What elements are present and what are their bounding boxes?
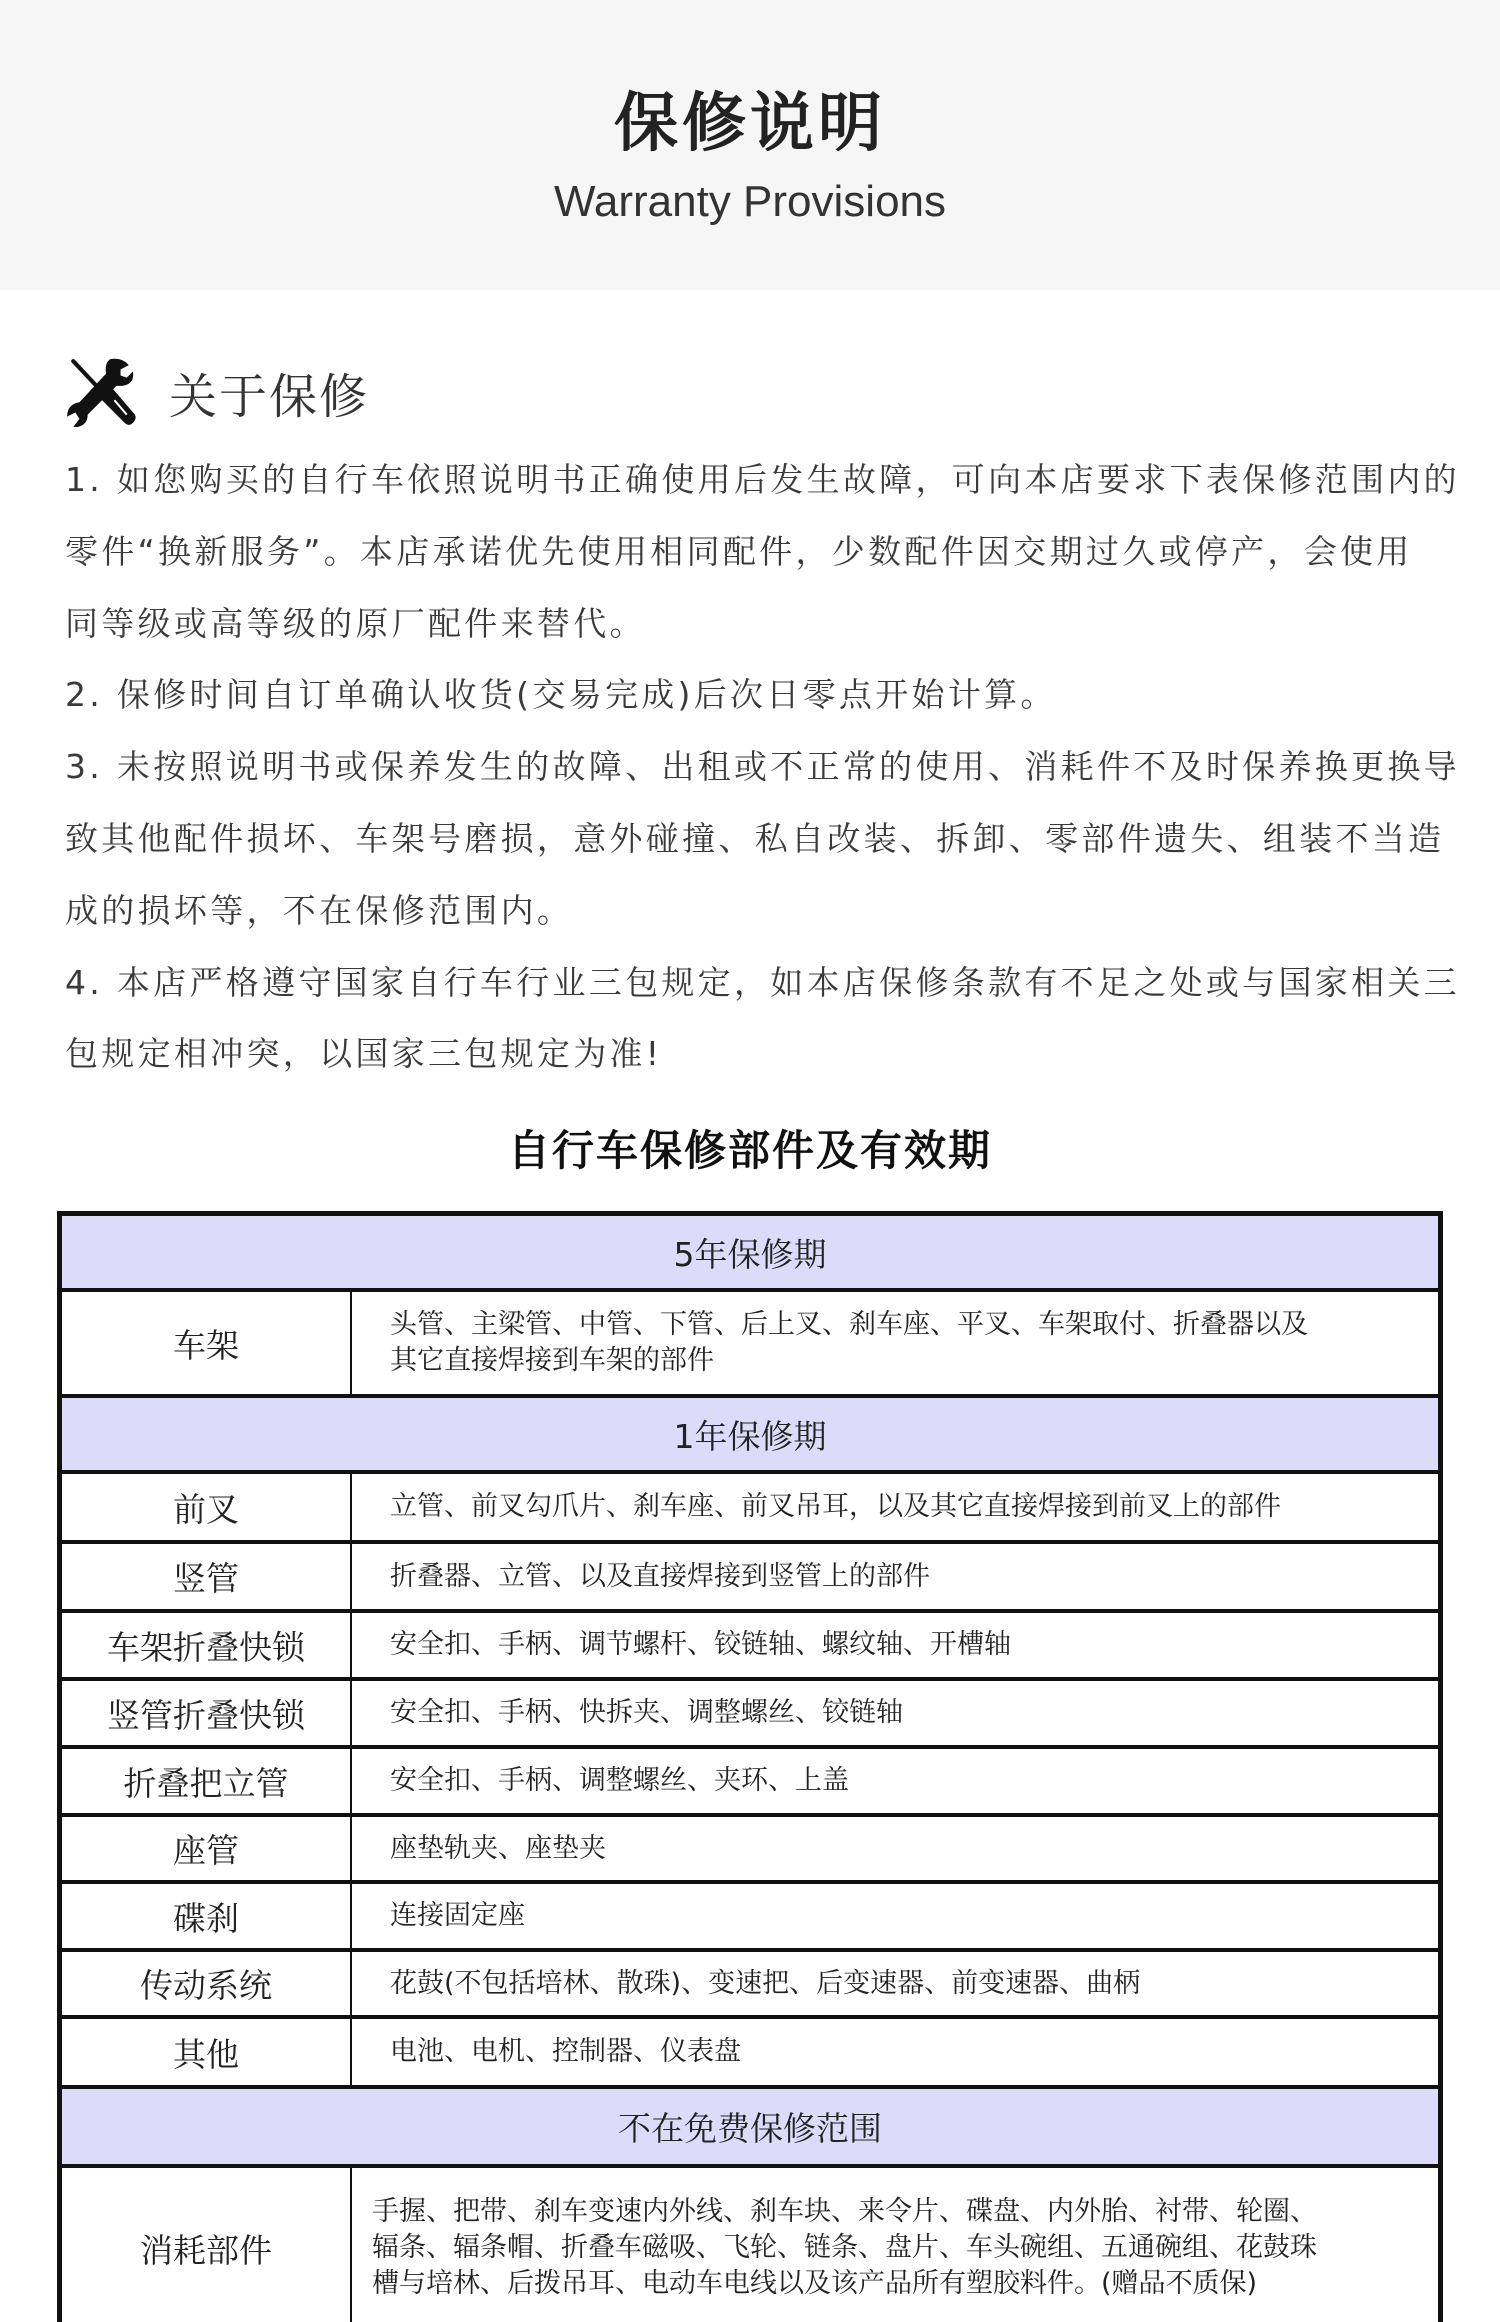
band-1-year: 1年保修期: [62, 1398, 1438, 1474]
part-name: 消耗部件: [62, 2168, 352, 2322]
warranty-table: 5年保修期 车架 头管、主梁管、中管、下管、后上叉、刹车座、平叉、车架取付、折叠…: [57, 1211, 1443, 2322]
terms-line: 3. 未按照说明书或保养发生的故障、出租或不正常的使用、消耗件不及时保养换更换导: [65, 742, 1435, 814]
part-items: 安全扣、手柄、调整螺丝、夹环、上盖: [352, 1749, 1438, 1813]
part-name: 折叠把立管: [62, 1749, 352, 1813]
part-name: 其他: [62, 2019, 352, 2085]
terms-line: 4. 本店严格遵守国家自行车行业三包规定，如本店保修条款有不足之处或与国家相关三: [65, 958, 1435, 1030]
terms-line: 成的损坏等，不在保修范围内。: [65, 886, 1435, 958]
items-line: 手握、把带、刹车变速内外线、刹车块、来令片、碟盘、内外胎、衬带、轮圈、: [372, 2194, 1317, 2230]
page-header: 保修说明 Warranty Provisions: [0, 0, 1500, 290]
band-5-year: 5年保修期: [62, 1216, 1438, 1292]
table-row: 座管 座垫轨夹、座垫夹: [62, 1817, 1438, 1884]
terms-line: 同等级或高等级的原厂配件来替代。: [65, 599, 1435, 671]
part-name: 竖管折叠快锁: [62, 1681, 352, 1745]
terms-line: 零件“换新服务”。本店承诺优先使用相同配件，少数配件因交期过久或停产，会使用: [65, 527, 1435, 599]
table-row: 车架折叠快锁 安全扣、手柄、调节螺杆、铰链轴、螺纹轴、开槽轴: [62, 1613, 1438, 1681]
about-warranty-heading: 关于保修: [63, 355, 369, 429]
section-title: 关于保修: [169, 358, 369, 427]
terms-line: 1. 如您购买的自行车依照说明书正确使用后发生故障，可向本店要求下表保修范围内的: [65, 455, 1435, 527]
part-name: 传动系统: [62, 1952, 352, 2015]
part-items: 座垫轨夹、座垫夹: [352, 1817, 1438, 1880]
band-not-covered: 不在免费保修范围: [62, 2089, 1438, 2168]
table-row: 车架 头管、主梁管、中管、下管、后上叉、刹车座、平叉、车架取付、折叠器以及 其它…: [62, 1292, 1438, 1398]
part-items: 头管、主梁管、中管、下管、后上叉、刹车座、平叉、车架取付、折叠器以及 其它直接焊…: [352, 1292, 1438, 1394]
page-title: 保修说明: [0, 84, 1500, 164]
terms-line: 致其他配件损坏、车架号磨损，意外碰撞、私自改装、拆卸、零部件遗失、组装不当造: [65, 814, 1435, 886]
page-subtitle: Warranty Provisions: [0, 172, 1500, 232]
items-line: 辐条、辐条帽、折叠车磁吸、飞轮、链条、盘片、车头碗组、五通碗组、花鼓珠: [372, 2230, 1317, 2266]
part-items: 手握、把带、刹车变速内外线、刹车块、来令片、碟盘、内外胎、衬带、轮圈、 辐条、辐…: [352, 2168, 1438, 2322]
part-name: 座管: [62, 1817, 352, 1880]
part-items: 立管、前叉勾爪片、刹车座、前叉吊耳，以及其它直接焊接到前叉上的部件: [352, 1474, 1438, 1540]
part-name: 车架折叠快锁: [62, 1613, 352, 1677]
table-row: 前叉 立管、前叉勾爪片、刹车座、前叉吊耳，以及其它直接焊接到前叉上的部件: [62, 1474, 1438, 1544]
part-items: 安全扣、手柄、快拆夹、调整螺丝、铰链轴: [352, 1681, 1438, 1745]
part-items: 连接固定座: [352, 1884, 1438, 1948]
table-row: 传动系统 花鼓(不包括培林、散珠)、变速把、后变速器、前变速器、曲柄: [62, 1952, 1438, 2019]
part-items: 安全扣、手柄、调节螺杆、铰链轴、螺纹轴、开槽轴: [352, 1613, 1438, 1677]
table-row: 折叠把立管 安全扣、手柄、调整螺丝、夹环、上盖: [62, 1749, 1438, 1817]
terms-line: 包规定相冲突，以国家三包规定为准!: [65, 1029, 1435, 1101]
wrench-screwdriver-icon: [63, 355, 137, 429]
warranty-terms: 1. 如您购买的自行车依照说明书正确使用后发生故障，可向本店要求下表保修范围内的…: [65, 455, 1435, 1101]
table-row: 消耗部件 手握、把带、刹车变速内外线、刹车块、来令片、碟盘、内外胎、衬带、轮圈、…: [62, 2168, 1438, 2322]
terms-line: 2. 保修时间自订单确认收货(交易完成)后次日零点开始计算。: [65, 670, 1435, 742]
items-line: 其它直接焊接到车架的部件: [390, 1343, 1308, 1379]
table-row: 竖管 折叠器、立管、以及直接焊接到竖管上的部件: [62, 1544, 1438, 1613]
part-items: 电池、电机、控制器、仪表盘: [352, 2019, 1438, 2085]
part-items: 折叠器、立管、以及直接焊接到竖管上的部件: [352, 1544, 1438, 1609]
part-name: 竖管: [62, 1544, 352, 1609]
items-line: 槽与培林、后拨吊耳、电动车电线以及该产品所有塑胶料件。(赠品不质保): [372, 2266, 1317, 2302]
part-name: 前叉: [62, 1474, 352, 1540]
table-title: 自行车保修部件及有效期: [0, 1123, 1500, 1179]
table-row: 竖管折叠快锁 安全扣、手柄、快拆夹、调整螺丝、铰链轴: [62, 1681, 1438, 1749]
table-row: 碟刹 连接固定座: [62, 1884, 1438, 1952]
part-name: 车架: [62, 1292, 352, 1394]
items-line: 头管、主梁管、中管、下管、后上叉、刹车座、平叉、车架取付、折叠器以及: [390, 1307, 1308, 1343]
part-items: 花鼓(不包括培林、散珠)、变速把、后变速器、前变速器、曲柄: [352, 1952, 1438, 2015]
table-row: 其他 电池、电机、控制器、仪表盘: [62, 2019, 1438, 2089]
part-name: 碟刹: [62, 1884, 352, 1948]
